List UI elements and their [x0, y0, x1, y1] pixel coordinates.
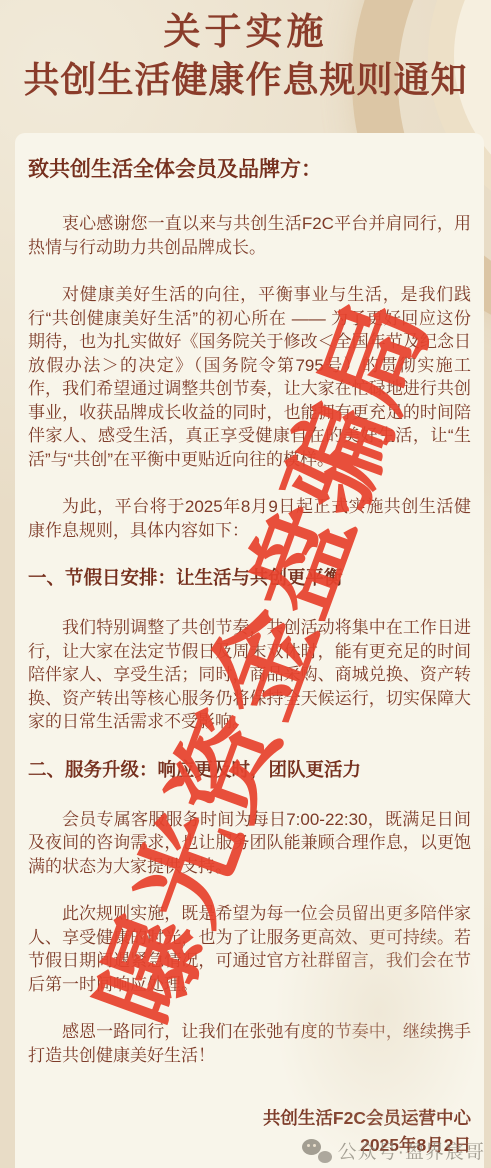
- page-title: 关于实施 共创生活健康作息规则通知: [0, 8, 491, 104]
- paragraph-thanks: 衷心感谢您一直以来与共创生活F2C平台并肩同行，用热情与行动助力共创品牌成长。: [28, 212, 471, 259]
- wechat-icon: [302, 1139, 332, 1163]
- title-line-2: 共创生活健康作息规则通知: [0, 56, 491, 104]
- salutation: 致共创生活全体会员及品牌方：: [28, 157, 471, 182]
- channel-watermark: 公众号·盈界宸哥: [302, 1137, 485, 1164]
- title-line-1: 关于实施: [0, 8, 491, 56]
- notice-poster: { "page": { "title_line1": "关于实施", "titl…: [0, 0, 491, 1168]
- channel-watermark-text: 公众号·盈界宸哥: [338, 1137, 485, 1164]
- signature-org: 共创生活F2C会员运营中心: [28, 1105, 471, 1132]
